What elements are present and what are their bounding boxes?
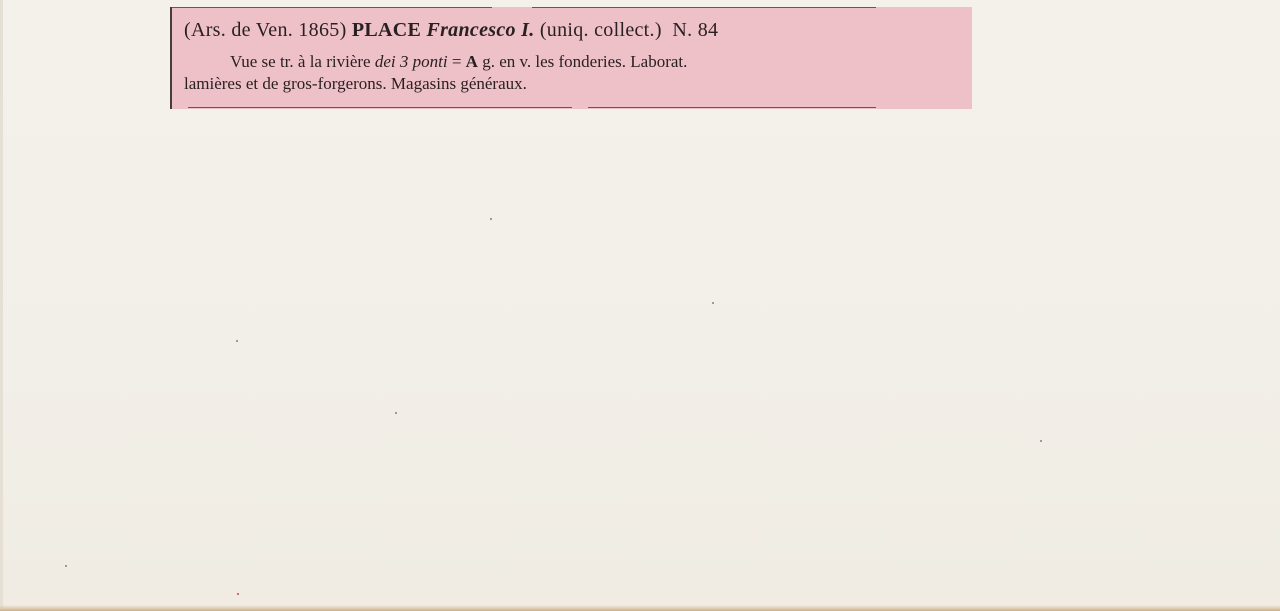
caption-number: N. 84: [672, 19, 718, 41]
description-bold: A: [466, 52, 478, 71]
paper-speck: [65, 565, 67, 567]
paper-speck: [490, 218, 492, 220]
pasted-caption-label: (Ars. de Ven. 1865) PLACE Francesco I. (…: [170, 7, 972, 109]
description-italic: dei 3 ponti: [375, 52, 448, 71]
caption-place: PLACE: [352, 19, 421, 41]
description-text-end: g. en v. les fonderies. Laborat.: [482, 52, 687, 71]
caption-place-name: Francesco I.: [426, 19, 534, 41]
paper-speck: [236, 340, 238, 342]
label-bottom-rule: [172, 107, 972, 108]
card-left-edge: [0, 0, 3, 611]
description-text: Vue se tr. à la rivière: [230, 52, 371, 71]
description-equals: =: [452, 52, 462, 71]
caption-collection: (uniq. collect.): [540, 19, 662, 41]
caption-source: (Ars. de Ven. 1865): [184, 19, 347, 41]
photo-card-back: (Ars. de Ven. 1865) PLACE Francesco I. (…: [0, 0, 1280, 611]
caption-description-line-1: Vue se tr. à la rivière dei 3 ponti = A …: [230, 52, 687, 72]
paper-speck: [712, 302, 714, 304]
caption-description-line-2: lamières et de gros-forgerons. Magasins …: [184, 74, 527, 94]
label-top-rule: [172, 7, 972, 8]
paper-speck: [1040, 440, 1042, 442]
caption-title-line: (Ars. de Ven. 1865) PLACE Francesco I. (…: [184, 19, 718, 42]
paper-speck: [395, 412, 397, 414]
card-bottom-edge: [0, 605, 1280, 611]
paper-speck: [237, 593, 239, 595]
